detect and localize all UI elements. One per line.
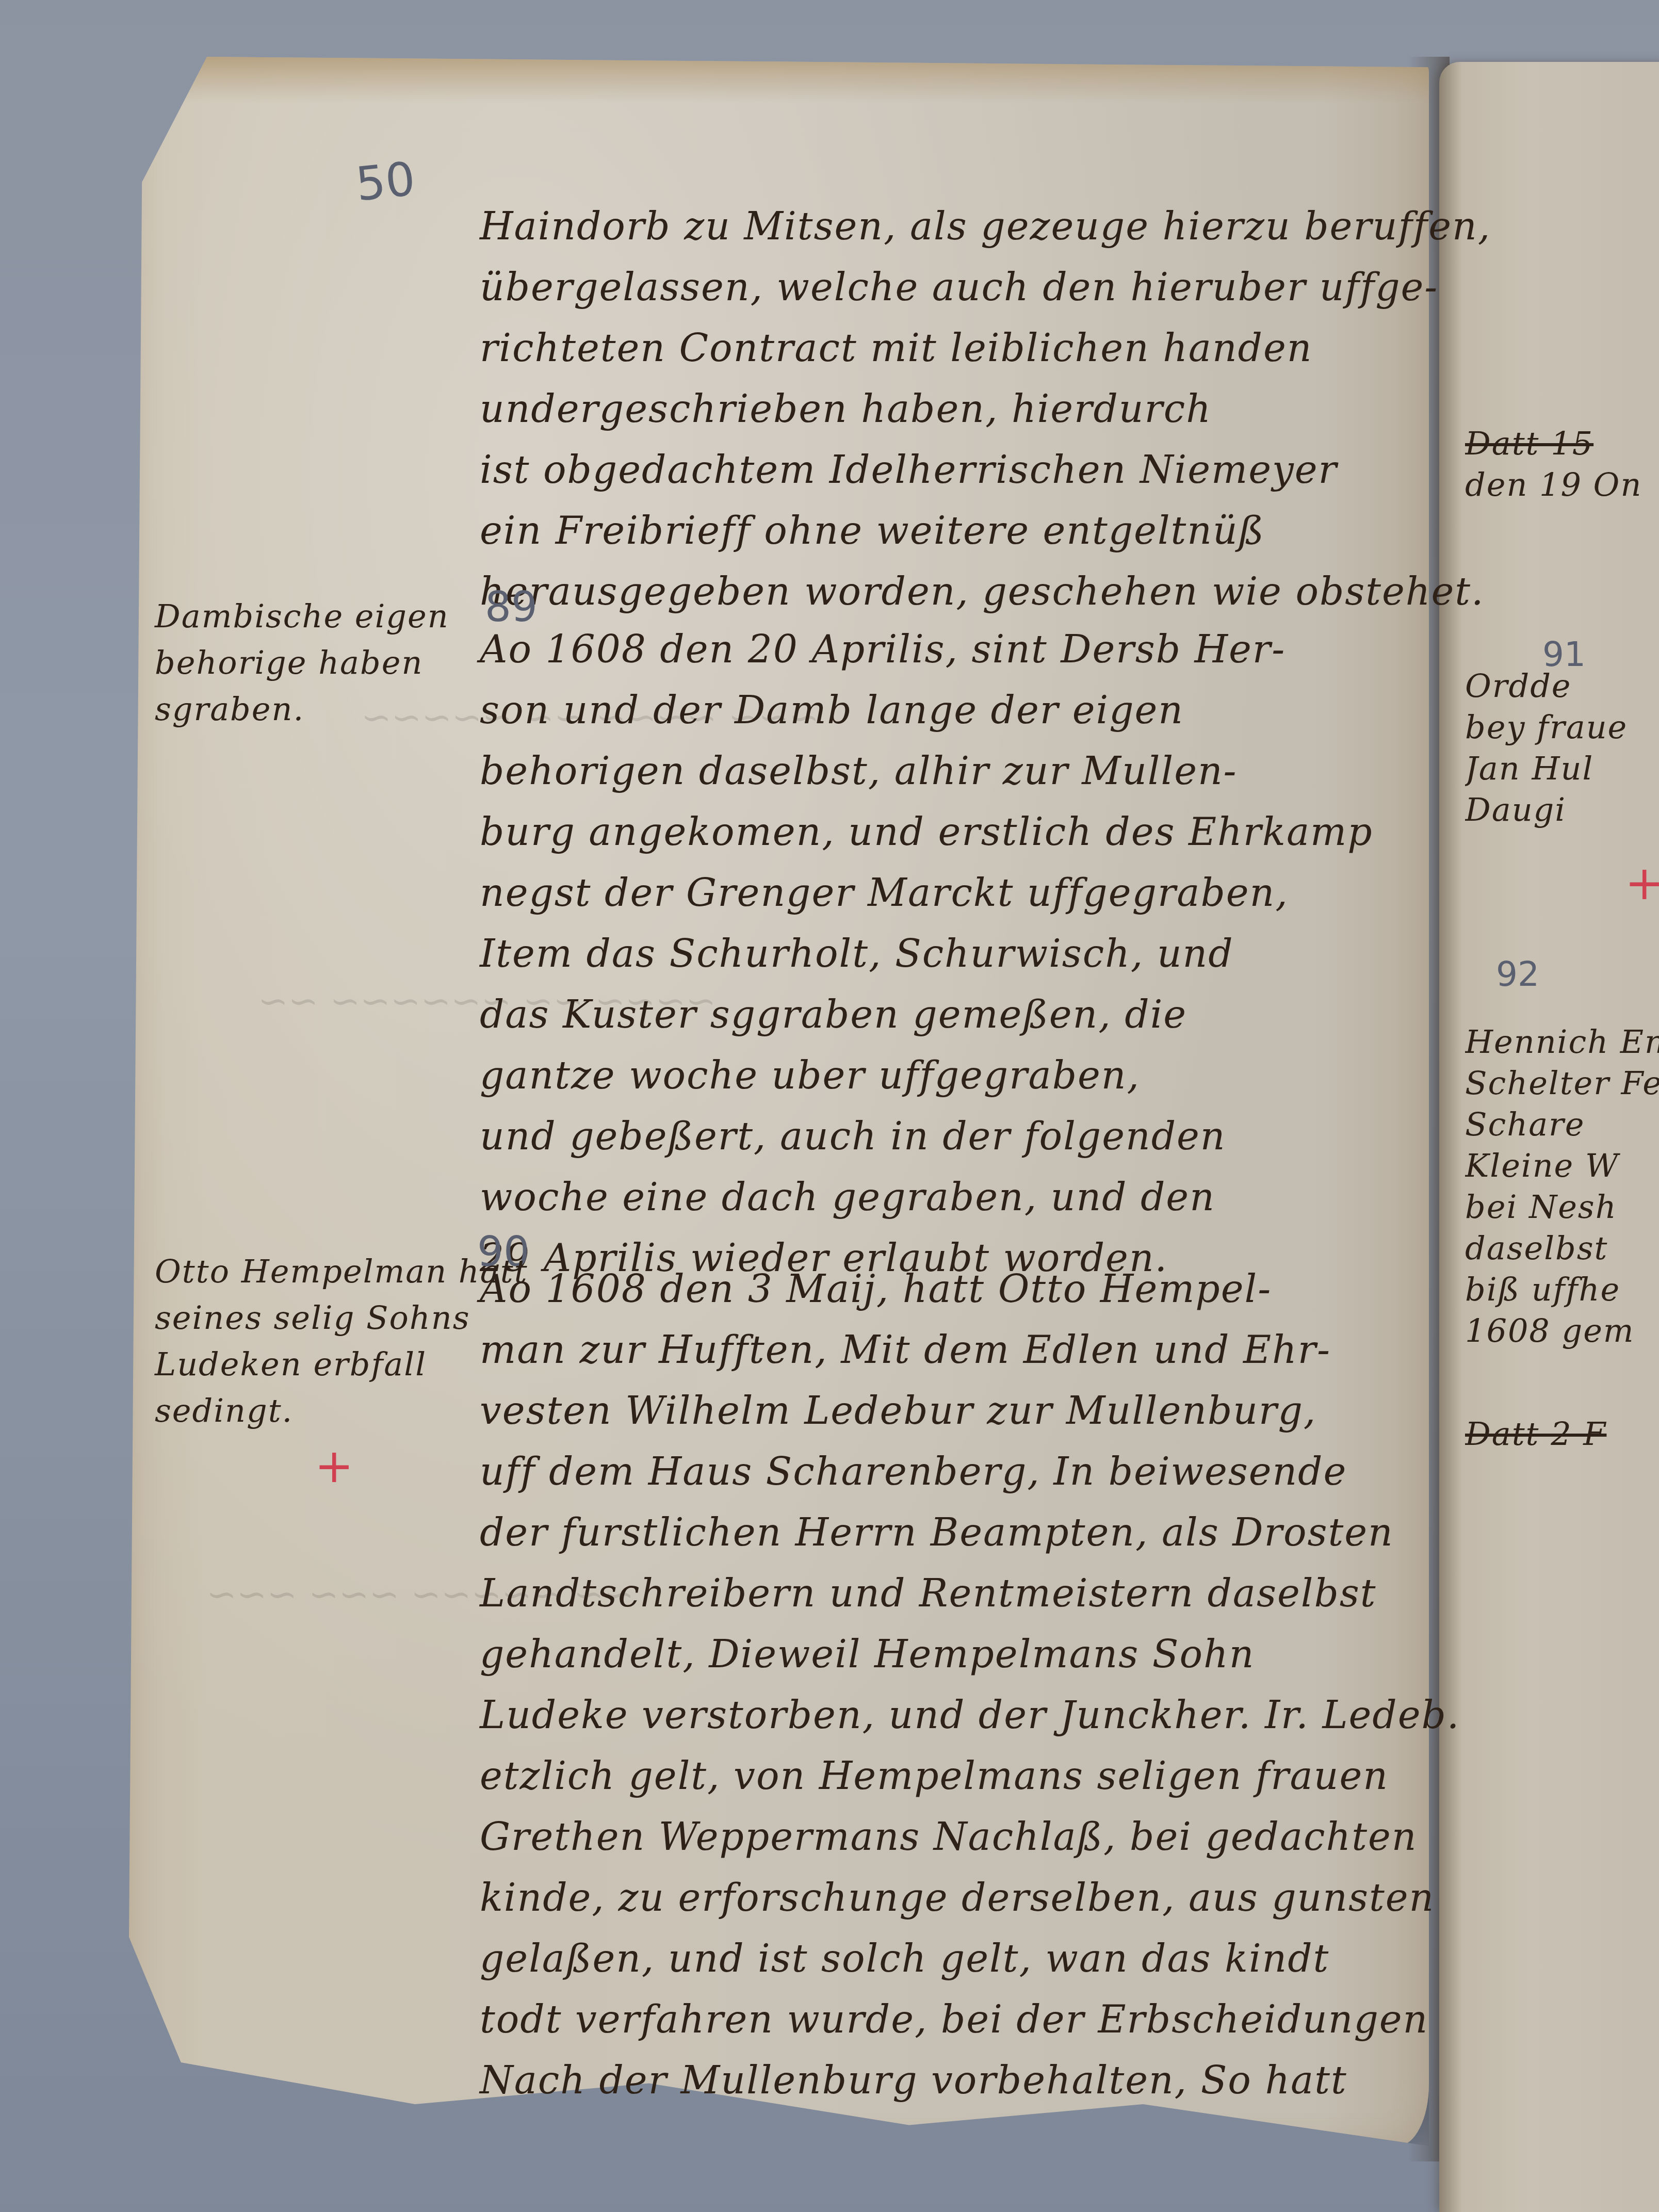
margin-line: Dambische eigen [155,593,464,640]
margin-note-entry-89: Dambische eigen behorige haben sgraben. [155,593,464,733]
red-cross-mark: + [315,1439,353,1493]
text-line: der furstlichen Herrn Beampten, als Dros… [480,1502,1419,1563]
margin-line: Otto Hempelman hatt [155,1248,464,1295]
red-cross-mark: + [1625,856,1659,910]
text-line: negst der Grenger Marckt uffgegraben, [480,863,1419,923]
entry-number: 92 [1496,954,1539,994]
text-line: das Kuster sggraben gemeßen, die [480,984,1419,1045]
text-line: Jan Hul [1465,748,1659,789]
text-line: richteten Contract mit leiblichen handen [480,318,1419,379]
text-line: Kleine W [1465,1145,1659,1186]
text-line: Schare [1465,1104,1659,1145]
text-line: Daugi [1465,789,1659,831]
margin-line: seines selig Sohns [155,1295,464,1341]
adjacent-fragment-a: Datt 15 den 19 On [1465,423,1659,506]
text-line: ein Freibrieff ohne weitere entgeltnüß [480,500,1419,561]
text-line: übergelassen, welche auch den hieruber u… [480,257,1419,318]
text-line: gantze woche uber uffgegraben, [480,1045,1419,1106]
text-line: gelaßen, und ist solch gelt, wan das kin… [480,1928,1419,1989]
text-line: uff dem Haus Scharenberg, In beiwesende [480,1441,1419,1502]
text-line: behorigen daselbst, alhir zur Mullen- [480,741,1419,802]
text-block-entry-90: Ao 1608 den 3 Maij, hatt Otto Hempel- ma… [480,1259,1419,2111]
margin-line: sgraben. [155,686,464,733]
text-line: Nach der Mullenburg vorbehalten, So hatt [480,2050,1419,2111]
text-line: Ordde [1465,665,1659,707]
text-line: Ao 1608 den 20 Aprilis, sint Dersb Her- [480,619,1419,680]
margin-line: sedingt. [155,1388,464,1434]
margin-note-entry-90: Otto Hempelman hatt seines selig Sohns L… [155,1248,464,1434]
adjacent-entry-91: Ordde bey fraue Jan Hul Daugi [1465,665,1659,831]
text-line: ist obgedachtem Idelherrischen Niemeyer [480,440,1419,500]
text-line: bei Nesh [1465,1186,1659,1228]
text-line: Datt 15 [1465,423,1659,464]
text-line: undergeschrieben haben, hierdurch [480,379,1419,440]
text-line: Ludeke verstorben, und der Junckher. Ir.… [480,1685,1419,1746]
text-line: Grethen Weppermans Nachlaß, bei gedachte… [480,1807,1419,1867]
text-block-continuation: Haindorb zu Mitsen, als gezeuge hierzu b… [480,196,1419,622]
text-line: Schelter Fe [1465,1063,1659,1104]
text-line: son und der Damb lange der eigen [480,680,1419,741]
text-line: vesten Wilhelm Ledebur zur Mullenburg, [480,1380,1419,1441]
text-line: 1608 gem [1465,1310,1659,1352]
margin-line: behorige haben [155,640,464,686]
text-line: Landtschreibern und Rentmeistern daselbs… [480,1563,1419,1624]
text-block-entry-89: Ao 1608 den 20 Aprilis, sint Dersb Her- … [480,619,1419,1289]
text-line: Datt 2 F [1465,1413,1659,1455]
adjacent-fragment-d: Datt 2 F [1465,1413,1659,1455]
text-line: Item das Schurholt, Schurwisch, und [480,923,1419,984]
text-line: woche eine dach gegraben, und den [480,1167,1419,1228]
text-line: biß uffhe [1465,1269,1659,1310]
text-line: gehandelt, Dieweil Hempelmans Sohn [480,1624,1419,1685]
margin-line: Ludeken erbfall [155,1341,464,1388]
text-line: den 19 On [1465,464,1659,506]
adjacent-entry-92: Hennich En Schelter Fe Schare Kleine W b… [1465,1021,1659,1352]
text-line: kinde, zu erforschunge derselben, aus gu… [480,1867,1419,1928]
text-line: herausgegeben worden, geschehen wie obst… [480,561,1419,622]
text-line: und gebeßert, auch in der folgenden [480,1106,1419,1167]
text-line: man zur Hufften, Mit dem Edlen und Ehr- [480,1320,1419,1380]
manuscript-photo: ~~~ ~~~~ ~~ ~~~~~ ~~~~ ~~ ~~~~~~ ~~ ~~ ~… [0,0,1659,2212]
text-line: bey fraue [1465,707,1659,748]
text-line: todt verfahren wurde, bei der Erbscheidu… [480,1989,1419,2050]
text-line: Haindorb zu Mitsen, als gezeuge hierzu b… [480,196,1419,257]
page-number: 50 [353,152,418,212]
text-line: Hennich En [1465,1021,1659,1063]
text-line: Ao 1608 den 3 Maij, hatt Otto Hempel- [480,1259,1419,1320]
text-line: burg angekomen, und erstlich des Ehrkamp [480,802,1419,863]
text-line: daselbst [1465,1228,1659,1269]
text-line: etzlich gelt, von Hempelmans seligen fra… [480,1746,1419,1807]
